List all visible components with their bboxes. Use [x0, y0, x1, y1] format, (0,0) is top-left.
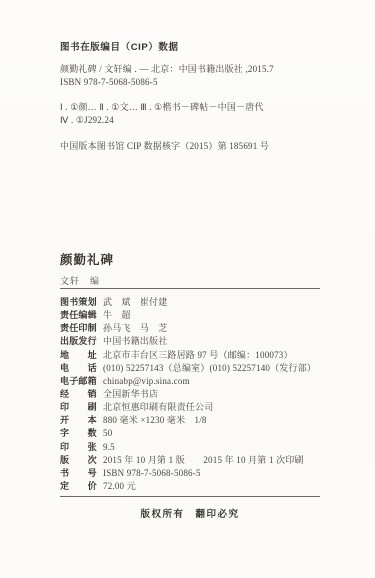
info-row: 印 张9.5	[60, 440, 328, 453]
cip-header: 图书在版编目（CIP）数据	[60, 42, 179, 53]
cip-record-number-line: 中国版本图书馆 CIP 数据核字（2015）第 185691 号	[60, 141, 269, 152]
info-row: 经 销全国新华书店	[60, 387, 328, 400]
info-row-label: 经 销	[60, 387, 103, 400]
info-row: 出版发行中国书籍出版社	[60, 334, 328, 347]
info-row: 定 价72.00 元	[60, 479, 328, 492]
info-row-label: 地 址	[60, 348, 103, 361]
info-row: 电 话(010) 52257143（总编室）(010) 52257140（发行部…	[60, 361, 328, 374]
info-row-value: 北京市丰台区三路居路 97 号（邮编：100073）	[103, 348, 328, 361]
divider-bottom-rule	[60, 496, 320, 497]
info-row-value: chinabp@vip.sina.com	[103, 376, 328, 386]
info-row-label: 出版发行	[60, 334, 103, 347]
info-row: 印 刷北京恒惠印刷有限责任公司	[60, 400, 328, 413]
info-row: 地 址北京市丰台区三路居路 97 号（邮编：100073）	[60, 348, 328, 361]
info-row-value: 孙马飞 马 芝	[103, 321, 328, 334]
info-row: 电子邮箱chinabp@vip.sina.com	[60, 374, 328, 387]
info-row-label: 开 本	[60, 413, 103, 426]
info-row-value: 72.00 元	[103, 479, 328, 492]
info-row-value: ISBN 978-7-5068-5086-5	[103, 468, 328, 478]
info-row-value: 中国书籍出版社	[103, 334, 328, 347]
cip-isbn-line: ISBN 978-7-5068-5086-5	[60, 77, 158, 88]
info-row-label: 定 价	[60, 479, 103, 492]
info-row: 责任印制孙马飞 马 芝	[60, 321, 328, 334]
info-row: 责任编辑牛 超	[60, 308, 328, 321]
info-row-value: 全国新华书店	[103, 387, 328, 400]
info-row-label: 责任编辑	[60, 308, 103, 321]
info-row-label: 书 号	[60, 466, 103, 479]
info-row-label: 电子邮箱	[60, 374, 103, 387]
info-row-value: 50	[103, 428, 328, 438]
copyright-page: 图书在版编目（CIP）数据 颜勤礼碑 / 文轩编 . — 北京：中国书籍出版社 …	[0, 0, 375, 578]
info-row-value: 880 毫米 ×1230 毫米 1/8	[103, 413, 328, 426]
info-row-value: (010) 52257143（总编室）(010) 52257140（发行部）	[103, 361, 328, 374]
info-row-label: 印 刷	[60, 400, 103, 413]
info-row: 图书策划武 斌 崔付建	[60, 295, 328, 308]
info-row-label: 电 话	[60, 361, 103, 374]
info-row-value: 北京恒惠印刷有限责任公司	[103, 400, 328, 413]
info-row-label: 图书策划	[60, 295, 103, 308]
cip-classification-line-1: Ⅰ . ①颜… Ⅱ . ①文… Ⅲ . ①楷书－碑帖－中国－唐代	[60, 102, 264, 113]
info-row-label: 印 张	[60, 440, 103, 453]
info-row-value: 武 斌 崔付建	[103, 295, 328, 308]
info-row-value: 2015 年 10 月第 1 版 2015 年 10 月第 1 次印刷	[103, 453, 328, 466]
info-row: 开 本880 毫米 ×1230 毫米 1/8	[60, 413, 328, 426]
info-row-label: 版 次	[60, 453, 103, 466]
info-row-value: 牛 超	[103, 308, 328, 321]
info-row: 字 数50	[60, 426, 328, 439]
info-row: 版 次2015 年 10 月第 1 版 2015 年 10 月第 1 次印刷	[60, 453, 328, 466]
info-row: 书 号ISBN 978-7-5068-5086-5	[60, 466, 328, 479]
publication-info-table: 图书策划武 斌 崔付建责任编辑牛 超责任印制孙马飞 马 芝出版发行中国书籍出版社…	[60, 295, 328, 492]
info-row-value: 9.5	[103, 442, 328, 452]
copyright-notice: 版权所有 翻印必究	[60, 506, 320, 520]
info-row-label: 字 数	[60, 426, 103, 439]
book-title: 颜勤礼碑	[60, 250, 114, 268]
cip-bibliography-line: 颜勤礼碑 / 文轩编 . — 北京：中国书籍出版社 ,2015.7	[60, 64, 274, 75]
editor-credit: 文轩 编	[60, 274, 100, 287]
info-row-label: 责任印制	[60, 321, 103, 334]
cip-classification-line-2: Ⅳ . ①J292.24	[60, 115, 114, 126]
divider-top-rule	[60, 288, 320, 289]
